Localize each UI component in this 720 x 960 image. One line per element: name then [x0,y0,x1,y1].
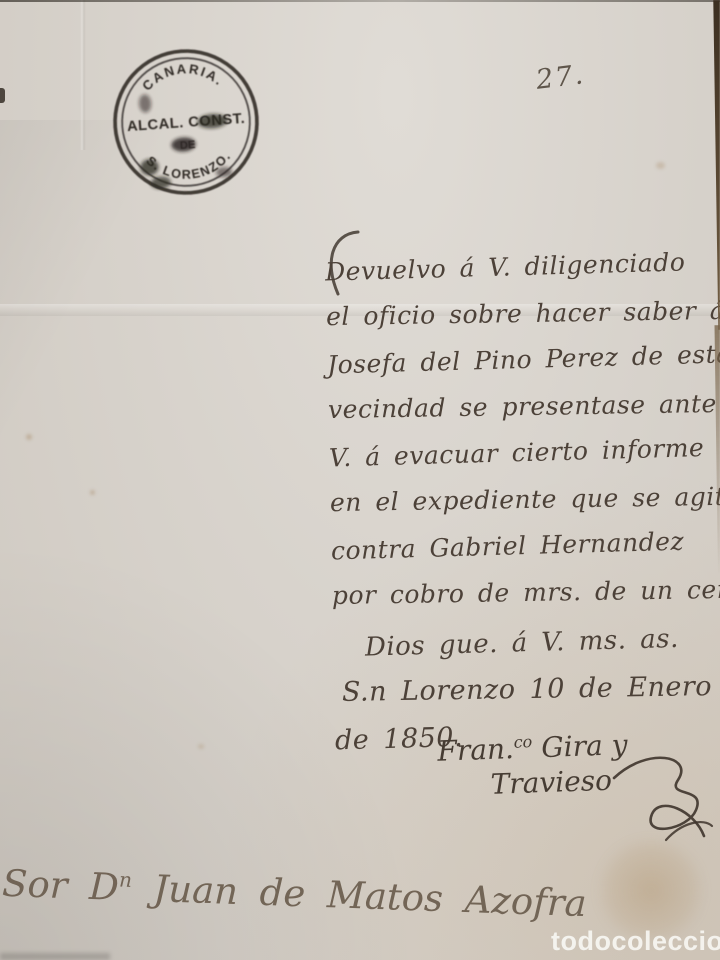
letter-closing-line: Dios gue. á V. ms. as. [364,615,720,672]
svg-text:CANARIA.: CANARIA. [138,58,228,94]
addressee-line: Sor Dn Juan de Matos Azofra [1,862,587,925]
foxing-spot [656,162,665,169]
letter-dateline: S.n Lorenzo 10 de Enero [342,663,720,716]
paper-top-edge [0,0,720,2]
letter-line: Devuelvo á V. diligenciado [325,239,718,296]
watermark: todocoleccion [551,926,720,957]
letter-line: V. á evacuar cierto informe [328,425,720,482]
document-photo: CANARIA. S. LORENZO. ALCAL. CONST. DE 27… [0,0,720,960]
letter-line: por cobro de mrs. de un censo [332,566,720,619]
letter-line: en el expediente que se agita [330,473,720,526]
paper-edge-mark [0,88,5,103]
letter-line: contra Gabriel Hernandez [330,518,720,575]
foxing-spot [90,490,95,495]
signature-superscript: co [513,732,532,752]
signature-rubric [608,752,716,848]
addressee-superscript: n [119,868,133,892]
foxing-spot [26,434,32,440]
svg-text:ALCAL. CONST.: ALCAL. CONST. [126,111,245,135]
page-number: 27. [534,59,586,96]
foxing-spot [198,744,204,749]
letter-line: Josefa del Pino Perez de esta [326,332,719,389]
stamp-seal-graphic: CANARIA. S. LORENZO. ALCAL. CONST. DE [105,41,267,203]
crease-line [80,0,86,150]
paper-bottom-shadow [0,953,110,960]
municipal-stamp: CANARIA. S. LORENZO. ALCAL. CONST. DE [105,41,267,203]
letter-body: Devuelvo á V. diligenciado el oficio sob… [325,240,720,764]
